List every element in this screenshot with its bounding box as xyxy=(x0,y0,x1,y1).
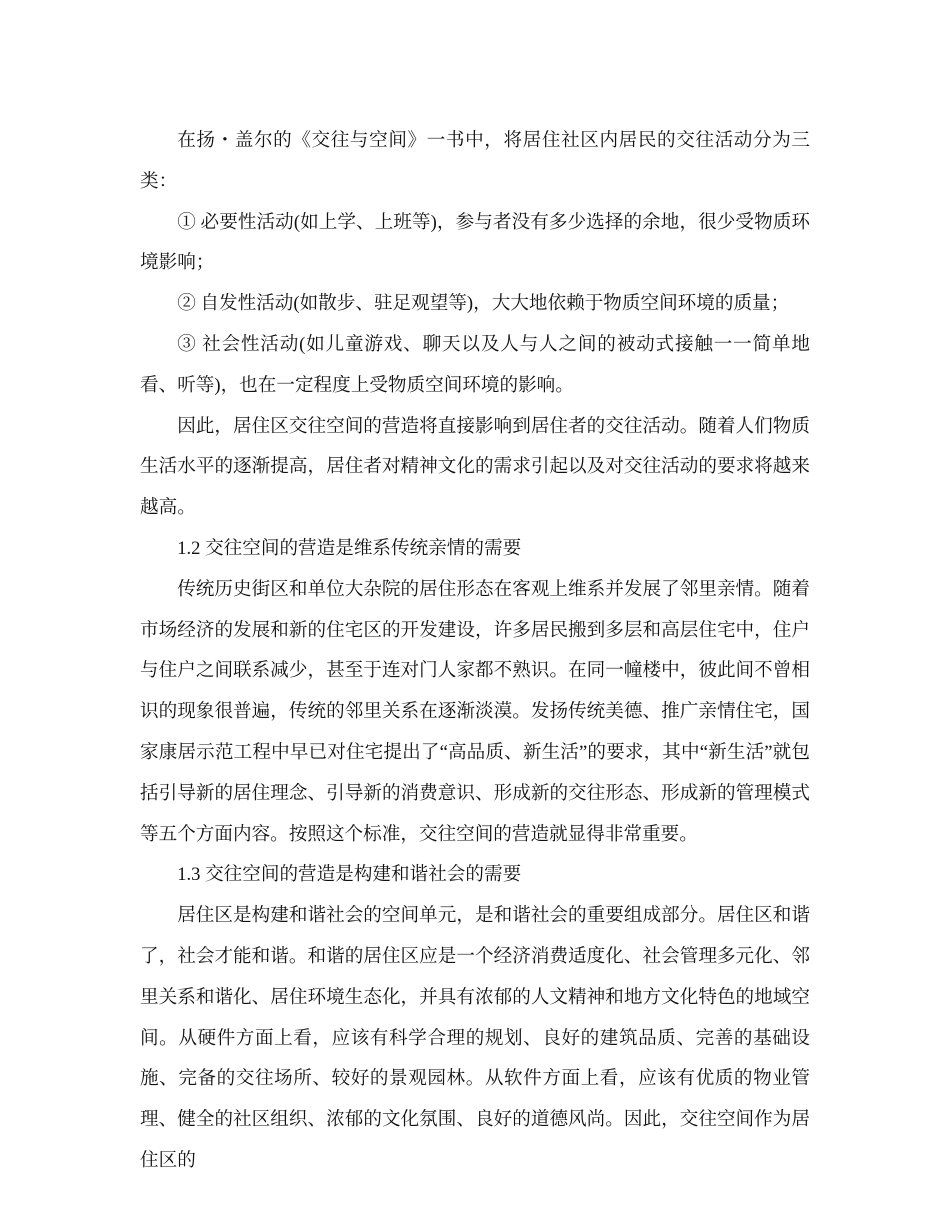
list-item-necessary-activities: ① 必要性活动(如上学、上班等)，参与者没有多少选择的余地，很少受物质环境影响； xyxy=(140,203,810,285)
section-heading-1-2: 1.2 交往空间的营造是维系传统亲情的需要 xyxy=(140,529,810,570)
paragraph-intro: 在扬・盖尔的《交往与空间》一书中，将居住社区内居民的交往活动分为三类： xyxy=(140,121,810,203)
document-text-block: 在扬・盖尔的《交往与空间》一书中，将居住社区内居民的交往活动分为三类： ① 必要… xyxy=(140,121,810,1182)
document-page: 在扬・盖尔的《交往与空间》一书中，将居住社区内居民的交往活动分为三类： ① 必要… xyxy=(0,0,952,1232)
paragraph-section-1-2-body: 传统历史街区和单位大杂院的居住形态在客观上维系并发展了邻里亲情。随着市场经济的发… xyxy=(140,570,810,856)
list-item-spontaneous-activities: ② 自发性活动(如散步、驻足观望等)，大大地依赖于物质空间环境的质量； xyxy=(140,284,810,325)
paragraph-conclusion-of-list: 因此，居住区交往空间的营造将直接影响到居住者的交往活动。随着人们物质生活水平的逐… xyxy=(140,407,810,529)
paragraph-section-1-3-body: 居住区是构建和谐社会的空间单元，是和谐社会的重要组成部分。居住区和谐了，社会才能… xyxy=(140,896,810,1182)
list-item-social-activities: ③ 社会性活动(如儿童游戏、聊天以及人与人之间的被动式接触一一简单地看、听等)，… xyxy=(140,325,810,407)
section-heading-1-3: 1.3 交往空间的营造是构建和谐社会的需要 xyxy=(140,855,810,896)
